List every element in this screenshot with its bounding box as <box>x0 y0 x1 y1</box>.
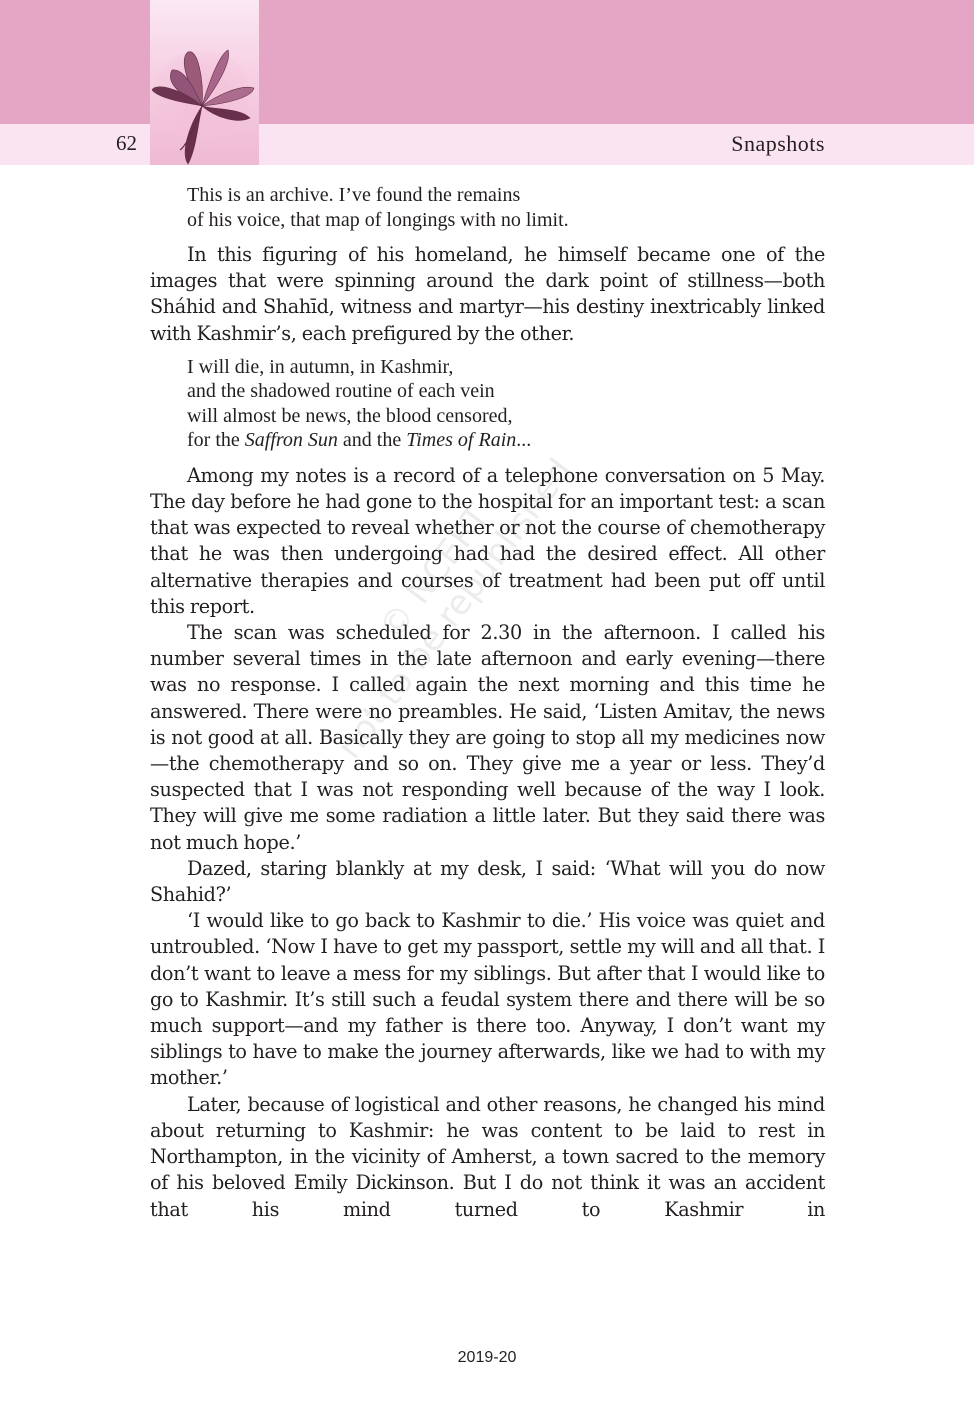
paragraph: Later, because of logistical and other r… <box>150 1092 825 1223</box>
verse-text: for the <box>187 429 245 451</box>
verse-line: for the Saffron Sun and the Times of Rai… <box>187 428 825 453</box>
italic-title-times-of-rain: Times of Rain <box>406 429 516 451</box>
header-band-light <box>0 124 974 165</box>
verse-line: This is an archive. I’ve found the remai… <box>187 183 825 208</box>
page-number: 62 <box>116 131 137 156</box>
running-title: Snapshots <box>731 131 825 157</box>
paragraph: The scan was scheduled for 2.30 in the a… <box>150 620 825 856</box>
verse-line: of his voice, that map of longings with … <box>187 208 825 233</box>
paragraph: Dazed, staring blankly at my desk, I sai… <box>150 856 825 908</box>
paragraph: ‘I would like to go back to Kashmir to d… <box>150 908 825 1091</box>
verse-text: ... <box>516 429 531 451</box>
verse-quote-2: I will die, in autumn, in Kashmir, and t… <box>187 355 825 453</box>
verse-line: will almost be news, the blood censored, <box>187 404 825 429</box>
italic-title-saffron-sun: Saffron Sun <box>245 429 338 451</box>
paragraph: In this figuring of his homeland, he him… <box>150 242 825 347</box>
verse-line: and the shadowed routine of each vein <box>187 379 825 404</box>
verse-line: I will die, in autumn, in Kashmir, <box>187 355 825 380</box>
header-band-dark <box>0 0 974 124</box>
verse-text: and the <box>338 429 406 451</box>
verse-quote-1: This is an archive. I’ve found the remai… <box>187 183 825 232</box>
header-photo <box>150 0 259 165</box>
footer-year: 2019-20 <box>0 1349 974 1367</box>
leaf-icon <box>150 0 259 165</box>
page-content: This is an archive. I’ve found the remai… <box>150 183 825 1223</box>
paragraph: Among my notes is a record of a telephon… <box>150 463 825 620</box>
